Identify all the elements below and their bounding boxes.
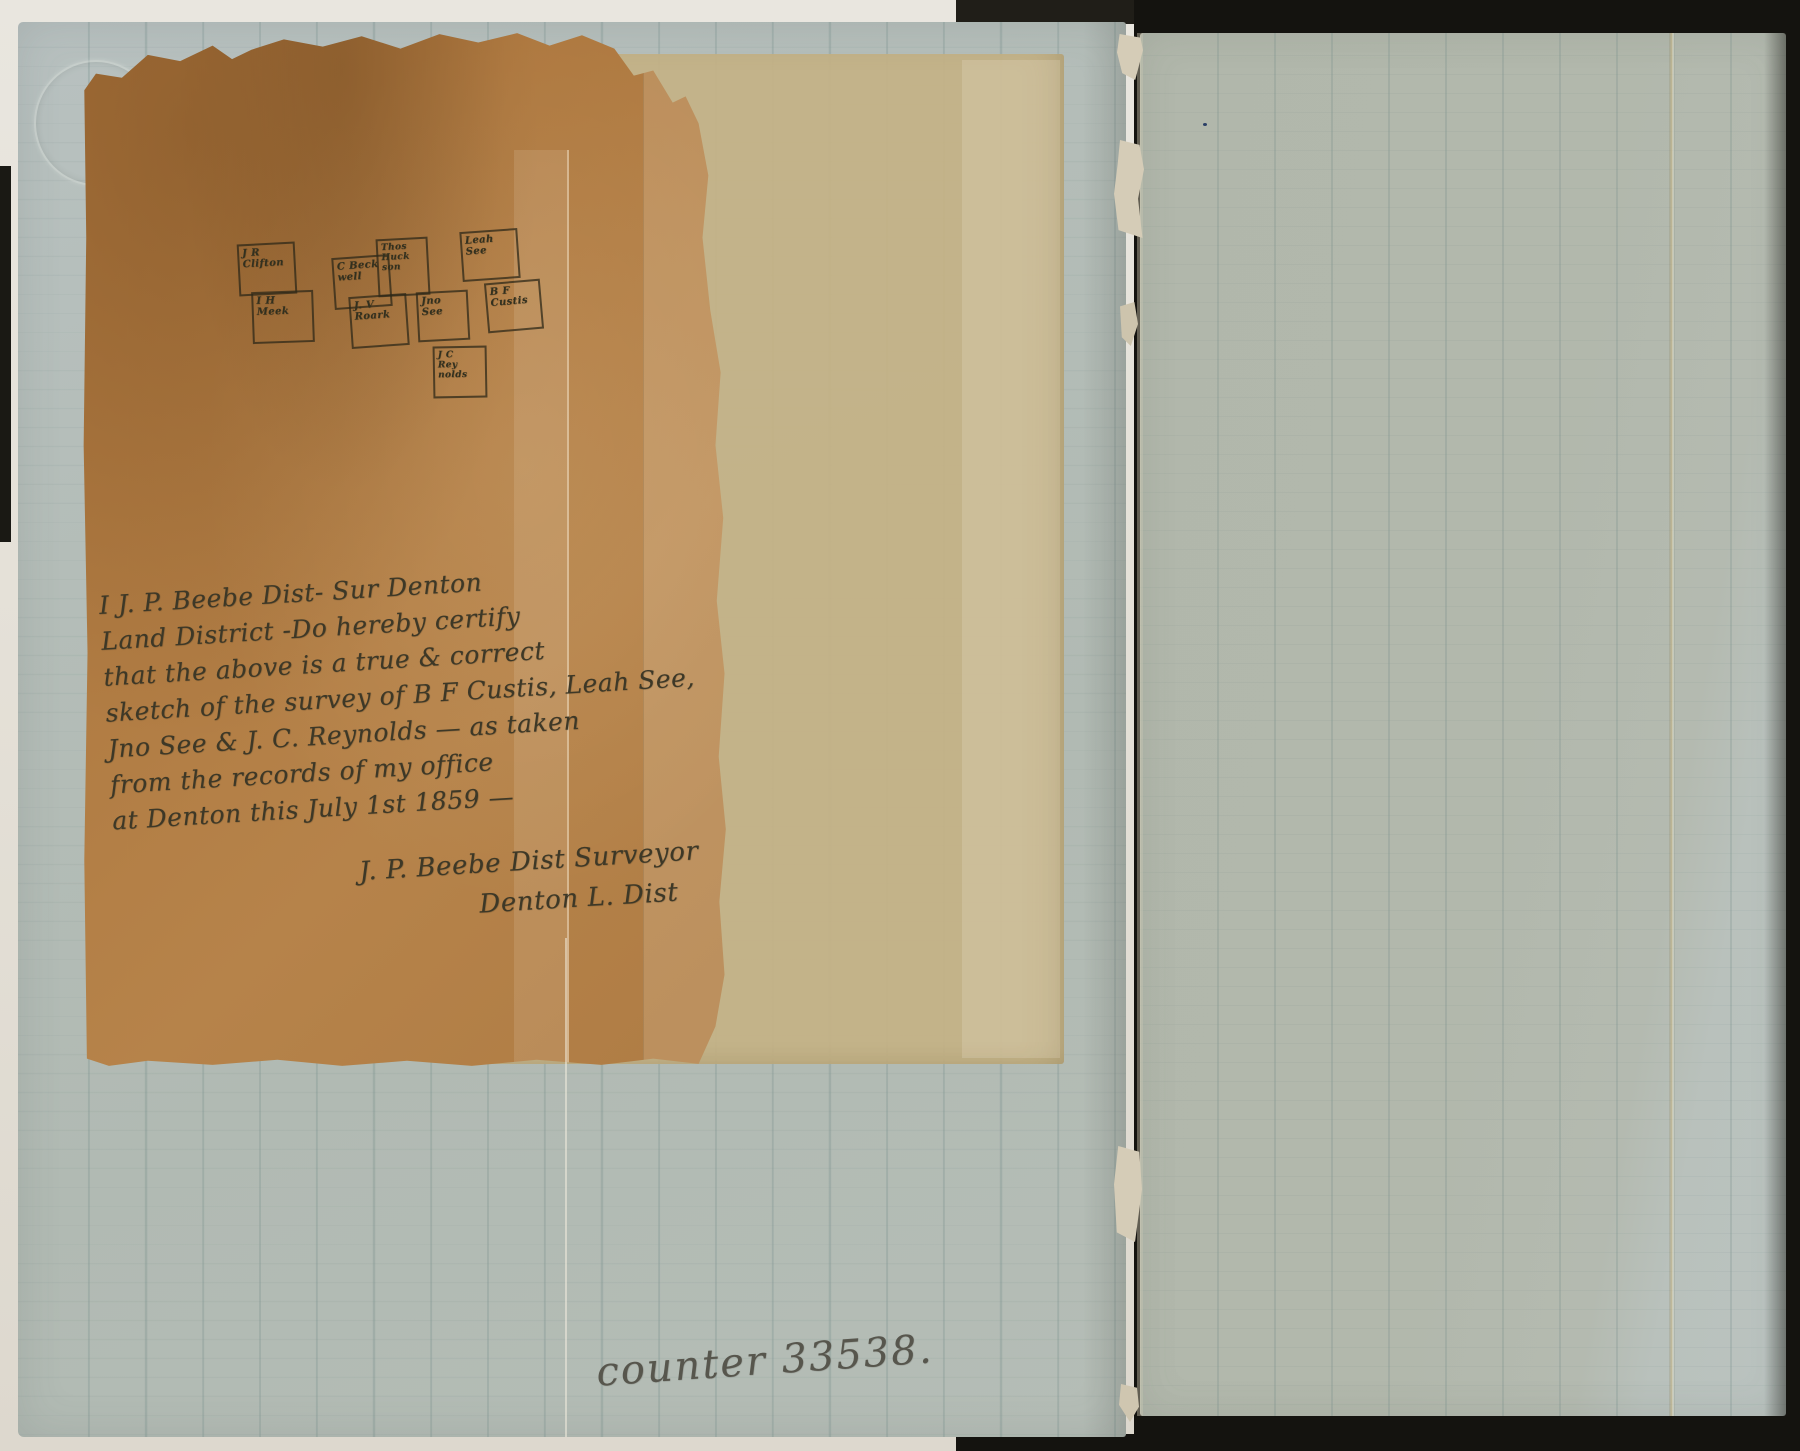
surveyor-certificate-text: I J. P. Beebe Dist- Sur Denton Land Dist… bbox=[98, 551, 722, 840]
plat-square-huckson: Thos Huck son bbox=[376, 237, 431, 298]
ink-speck bbox=[1203, 123, 1207, 126]
plat-square-roark: J. V Roark bbox=[348, 293, 409, 349]
plat-square-clifton: J R Clifton bbox=[237, 242, 298, 297]
scan-shadow-left bbox=[0, 166, 11, 542]
page-crease bbox=[565, 938, 567, 1437]
tracing-sheet-highlight bbox=[962, 60, 1060, 1058]
plat-square-leah-see: Leah See bbox=[459, 228, 520, 282]
scanned-document: J R Clifton I H Meek C Beck well Thos Hu… bbox=[0, 0, 1800, 1451]
fold-crease-right bbox=[1669, 33, 1675, 1416]
plat-square-custis: B F Custis bbox=[484, 279, 544, 334]
plat-square-jno-see: Jno See bbox=[416, 290, 471, 343]
scan-shadow-top bbox=[956, 0, 1134, 24]
right-edge-shadow bbox=[1764, 33, 1786, 1416]
plat-square-reynolds: J C Rey nolds bbox=[433, 346, 488, 399]
plat-square-meek: I H Meek bbox=[251, 290, 315, 344]
ledger-ruling-right bbox=[1140, 33, 1786, 1416]
